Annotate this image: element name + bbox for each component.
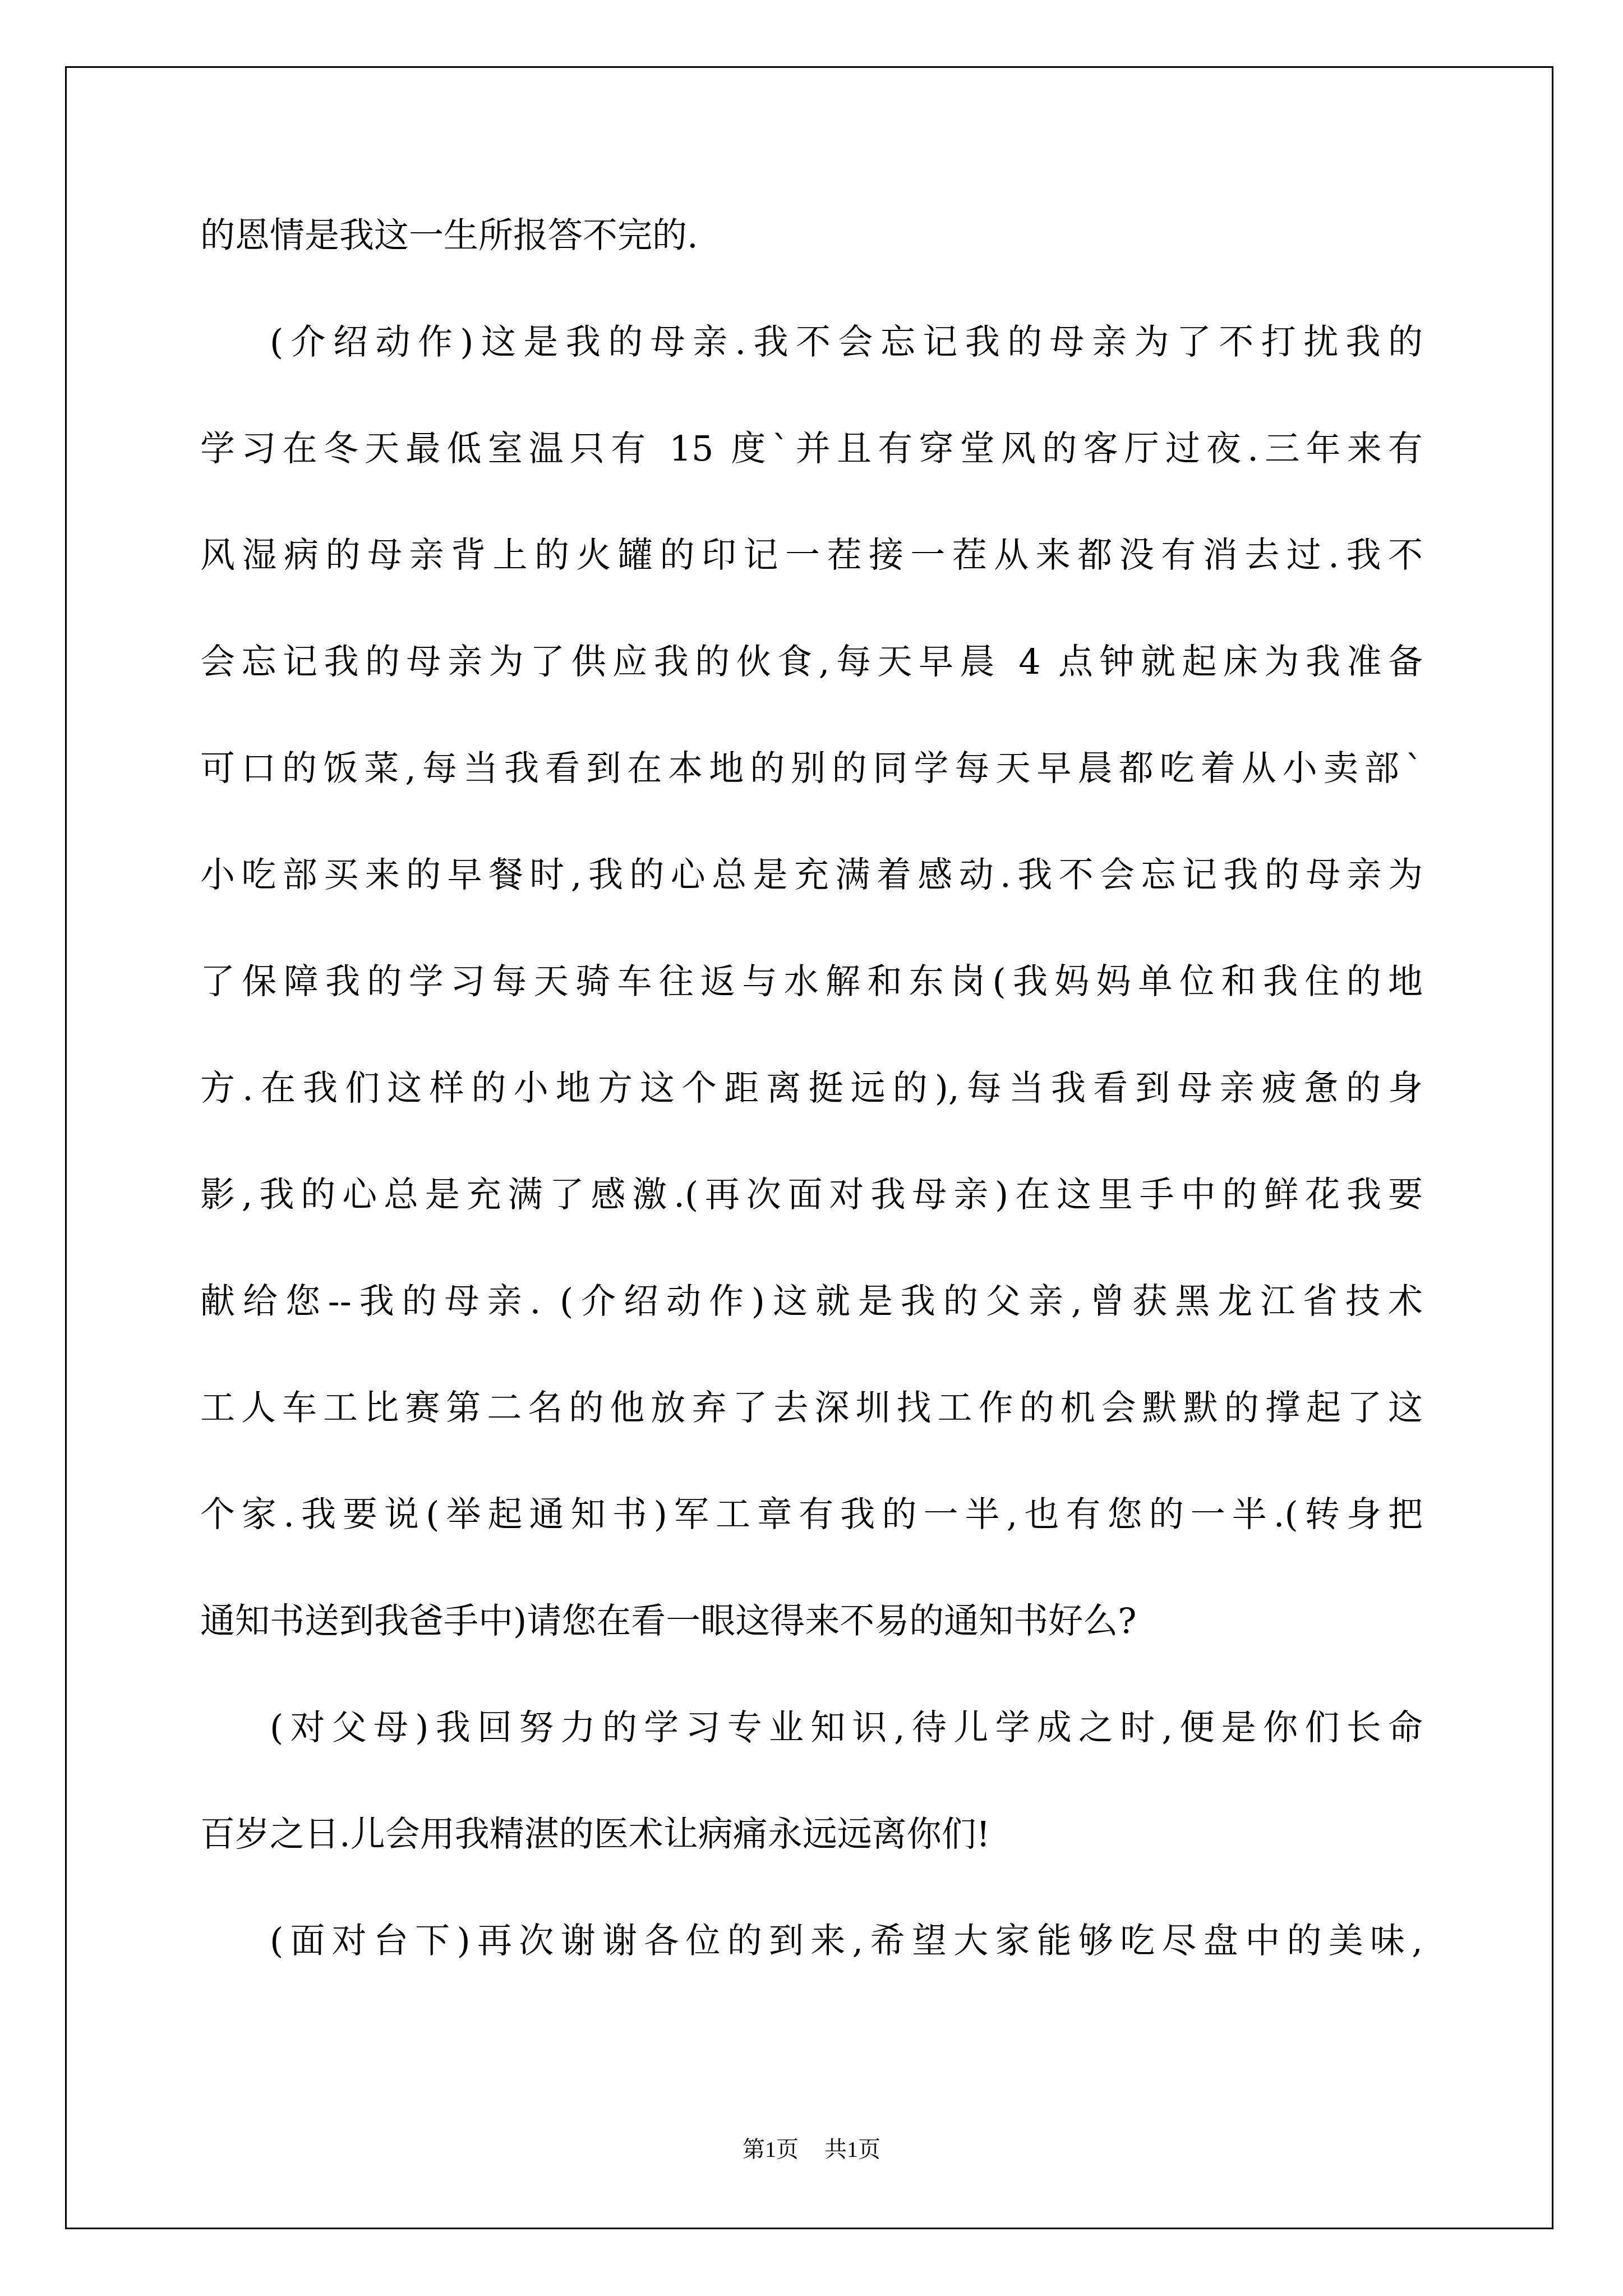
text-line-8: 了保障我的学习每天骑车往返与水解和东岗(我妈妈单位和我住的地 <box>200 948 1423 1055</box>
text-line-4: 风湿病的母亲背上的火罐的印记一茬接一茬从来都没有消去过.我不 <box>200 522 1423 628</box>
document-body: 的恩情是我这一生所报答不完的. (介绍动作)这是我的母亲.我不会忘记我的母亲为了… <box>200 202 1423 2014</box>
text-line-5: 会忘记我的母亲为了供应我的伙食,每天早晨 4 点钟就起床为我准备 <box>200 628 1423 735</box>
page-number-label: 第1页 <box>743 2137 799 2162</box>
page-total-label: 共1页 <box>824 2137 880 2162</box>
text-line-17: (面对台下)再次谢谢各位的到来,希望大家能够吃尽盘中的美味, <box>200 1907 1423 2014</box>
text-line-1: 的恩情是我这一生所报答不完的. <box>200 202 1423 309</box>
text-line-11: 献给您--我的母亲. (介绍动作)这就是我的父亲,曾获黑龙江省技术 <box>200 1268 1423 1374</box>
text-line-14: 通知书送到我爸手中)请您在看一眼这得来不易的通知书好么? <box>200 1588 1423 1694</box>
text-line-9: 方.在我们这样的小地方这个距离挺远的),每当我看到母亲疲惫的身 <box>200 1055 1423 1161</box>
text-line-7: 小吃部买来的早餐时,我的心总是充满着感动.我不会忘记我的母亲为 <box>200 841 1423 948</box>
text-line-6: 可口的饭菜,每当我看到在本地的别的同学每天早晨都吃着从小卖部` <box>200 735 1423 841</box>
text-line-15: (对父母)我回努力的学习专业知识,待儿学成之时,便是你们长命 <box>200 1694 1423 1801</box>
text-line-12: 工人车工比赛第二名的他放弃了去深圳找工作的机会默默的撑起了这 <box>200 1374 1423 1481</box>
text-line-3: 学习在冬天最低室温只有 15 度`并且有穿堂风的客厅过夜.三年来有 <box>200 415 1423 522</box>
text-line-16: 百岁之日.儿会用我精湛的医术让病痛永远远离你们! <box>200 1801 1423 1907</box>
text-line-2: (介绍动作)这是我的母亲.我不会忘记我的母亲为了不打扰我的 <box>200 309 1423 415</box>
text-line-13: 个家.我要说(举起通知书)军工章有我的一半,也有您的一半.(转身把 <box>200 1481 1423 1588</box>
page-footer: 第1页 共1页 <box>0 2132 1623 2164</box>
text-line-10: 影,我的心总是充满了感激.(再次面对我母亲)在这里手中的鲜花我要 <box>200 1161 1423 1268</box>
